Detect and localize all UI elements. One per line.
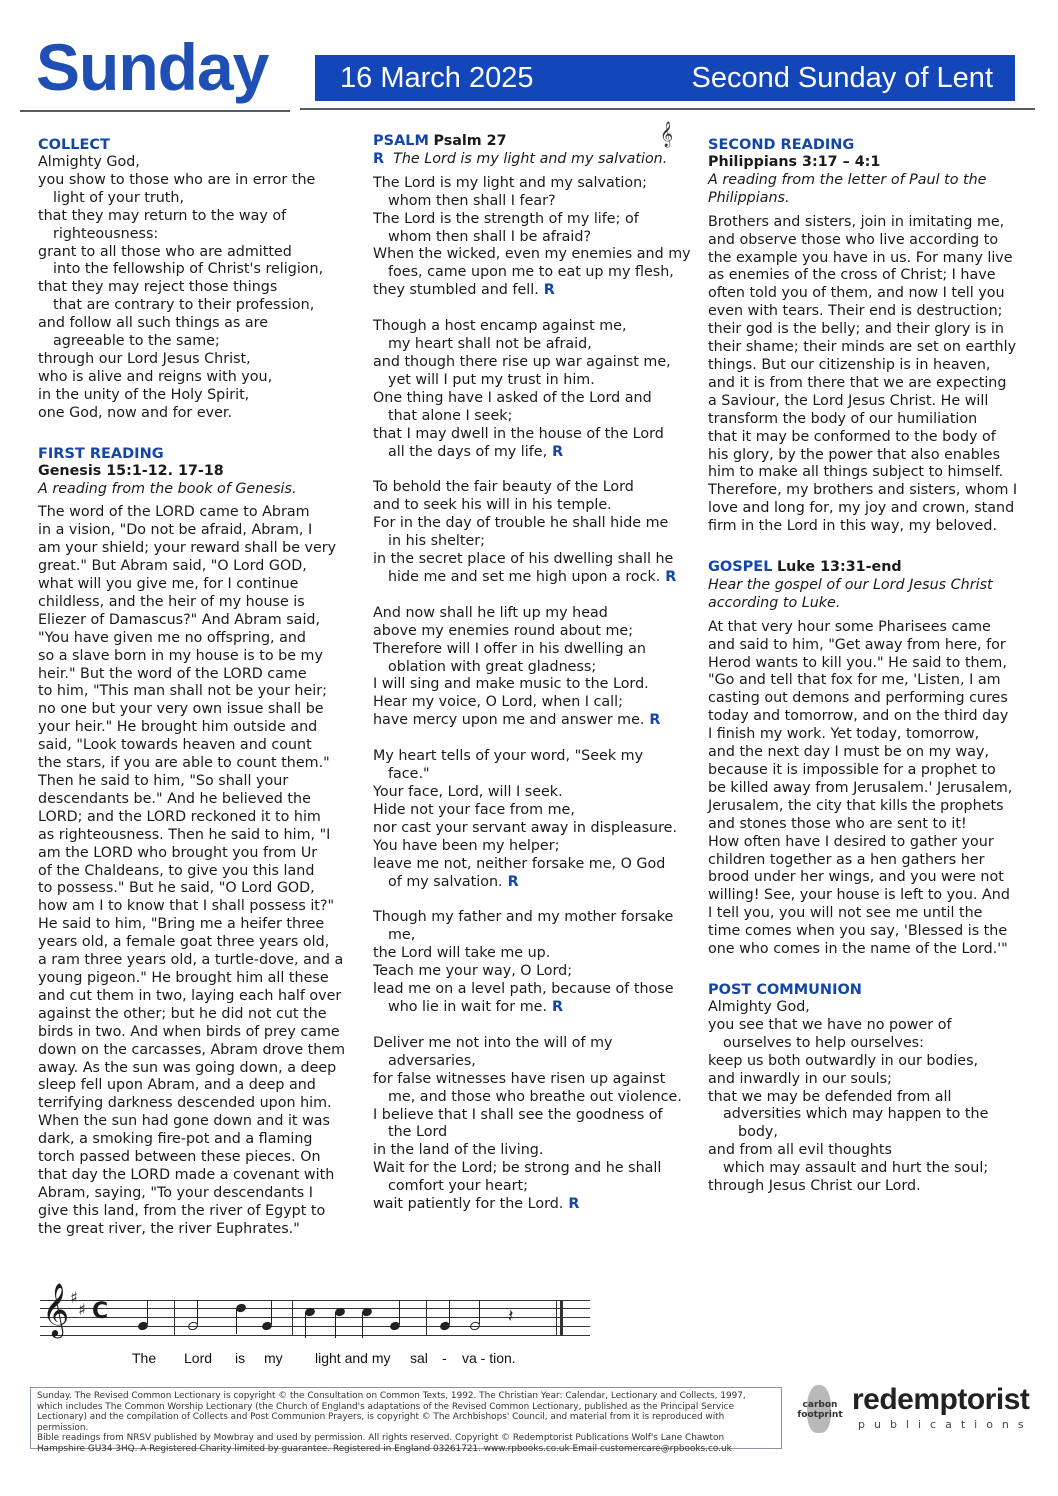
text-line: Though my father and my mother forsake [373,909,691,927]
text-line: Abram, saying, "To your descendants I [38,1185,356,1203]
text-line: He said to him, "Bring me a heifer three [38,916,356,934]
text-line: in his shelter; [373,533,691,551]
common-time-icon: C [92,1301,108,1323]
sharp-icon: ♯ [78,1300,86,1319]
response-marker: R [547,999,563,1015]
text-line: time comes when you say, 'Blessed is the [708,923,1026,941]
second-reading-section: SECOND READING Philippians 3:17 – 4:1 A … [708,136,1026,536]
text-line: am your shield; your reward shall be ver… [38,540,356,558]
text-line: into the fellowship of Christ's religion… [38,261,356,279]
text-line: willing! See, your house is left to you.… [708,887,1026,905]
text-line: and it is from there that we are expecti… [708,375,1026,393]
text-line: Hear my voice, O Lord, when I call; [373,694,691,712]
text-line: and cut them in two, laying each half ov… [38,988,356,1006]
text-line: that I may dwell in the house of the Lor… [373,426,691,444]
text-line: today and tomorrow, and on the third day [708,708,1026,726]
psalm-section: PSALM Psalm 27 R The Lord is my light an… [373,132,691,1214]
text-line: childless, and the heir of my house is [38,594,356,612]
text-line: yet will I put my trust in him. [373,372,691,390]
psalm-stanza: Deliver me not into the will of myadvers… [373,1035,691,1214]
text-line: the example you have in us. For many liv… [708,250,1026,268]
text-line: said, "Look towards heaven and count [38,737,356,755]
text-line: his glory, by the power that also enable… [708,447,1026,465]
text-line: terrifying darkness descended upon him. [38,1095,356,1113]
text-line: the Lord will take me up. [373,945,691,963]
day-title: Sunday [36,34,268,100]
text-line: Teach me your way, O Lord; [373,963,691,981]
text-line: Hide not your face from me, [373,802,691,820]
text-line: in the unity of the Holy Spirit, [38,387,356,405]
text-line: that it may be conformed to the body of [708,429,1026,447]
text-line: heir." But the word of the LORD came [38,666,356,684]
barline [556,1300,557,1335]
text-line: To behold the fair beauty of the Lord [373,479,691,497]
first-reading-intro: A reading from the book of Genesis. [38,481,356,499]
text-line: LORD; and the LORD reckoned it to him [38,809,356,827]
second-reading-intro: A reading from the letter of Paul to the… [708,172,1026,208]
text-line: birds in two. And when birds of prey cam… [38,1024,356,1042]
text-line: a ram three years old, a turtle-dove, an… [38,952,356,970]
text-line: give this land, from the river of Egypt … [38,1203,356,1221]
text-line: the great river, the river Euphrates." [38,1221,356,1239]
psalm-response: The Lord is my light and my salvation. [393,151,667,167]
text-line: my heart shall not be afraid, [373,336,691,354]
text-line: dark, a smoking fire-pot and a flaming [38,1131,356,1149]
text-line: ourselves to help ourselves: [708,1035,1026,1053]
text-line: love and long for, my joy and crown, sta… [708,500,1026,518]
text-line: "You have given me no offspring, and [38,630,356,648]
text-line: Therefore, my brothers and sisters, whom… [708,482,1026,500]
text-line: as righteousness. Then he said to him, "… [38,827,356,845]
post-communion-text: Almighty God,you see that we have no pow… [708,999,1026,1196]
text-line: your heir." He brought him outside and [38,719,356,737]
text-line: For in the day of trouble he shall hide … [373,515,691,533]
rest-icon: 𝄽 [508,1306,514,1327]
text-line: The Lord is the strength of my life; of [373,211,691,229]
text-line: the stars, if you are able to count them… [38,755,356,773]
text-line: and to seek his will in his temple. [373,497,691,515]
text-line: down on the carcasses, Abram drove them [38,1042,356,1060]
text-line: Almighty God, [708,999,1026,1017]
response-marker: R [503,874,519,890]
text-line: and stones those who are sent to it! [708,816,1026,834]
text-line: torch passed between these pieces. On [38,1149,356,1167]
response-marker: R [547,444,563,460]
text-line: Jerusalem, the city that kills the proph… [708,798,1026,816]
text-line: even with tears. Their end is destructio… [708,303,1026,321]
text-line: through Jesus Christ our Lord. [708,1178,1026,1196]
text-line: light of your truth, [38,190,356,208]
second-reading-reference: Philippians 3:17 – 4:1 [708,154,1026,172]
text-line: adversities which may happen to the [708,1106,1026,1124]
text-line: Though a host encamp against me, [373,318,691,336]
text-line: what will you give me, for I continue [38,576,356,594]
text-line: hide me and set me high upon a rock. R [373,569,691,587]
text-line: things. But our citizenship is in heaven… [708,357,1026,375]
text-line: how am I to know that I shall possess it… [38,898,356,916]
text-line: casting out demons and performing cures [708,690,1026,708]
header-rule-right [300,108,1035,110]
psalm-stanza: And now shall he lift up my headabove my… [373,605,691,730]
text-line: that they may return to the way of [38,208,356,226]
text-line: My heart tells of your word, "Seek my [373,748,691,766]
text-line: comfort your heart; [373,1178,691,1196]
text-line: they stumbled and fell. R [373,282,691,300]
text-line: me, and those who breathe out violence. [373,1089,691,1107]
text-line: through our Lord Jesus Christ, [38,351,356,369]
text-line: that we may be defended from all [708,1089,1026,1107]
occasion-label: Second Sunday of Lent [691,62,993,95]
text-line: leave me not, neither forsake me, O God [373,856,691,874]
gospel-text: At that very hour some Pharisees cameand… [708,619,1026,959]
text-line: away. As the sun was going down, a deep [38,1060,356,1078]
text-line: Eliezer of Damascus?" And Abram said, [38,612,356,630]
text-line: agreeable to the same; [38,333,356,351]
psalm-stanza: Though a host encamp against me,my heart… [373,318,691,461]
text-line: him to make all things subject to himsel… [708,464,1026,482]
text-line: their god is the belly; and their glory … [708,321,1026,339]
text-line: Your face, Lord, will I seek. [373,784,691,802]
text-line: for false witnesses have risen up agains… [373,1071,691,1089]
text-line: Brothers and sisters, join in imitating … [708,214,1026,232]
text-line: I will sing and make music to the Lord. [373,676,691,694]
first-reading-section: FIRST READING Genesis 15:1-12. 17-18 A r… [38,445,356,1239]
text-line: often told you of them, and now I tell y… [708,285,1026,303]
text-line: which may assault and hurt the soul; [708,1160,1026,1178]
text-line: in the secret place of his dwelling shal… [373,551,691,569]
staff-line [40,1335,590,1336]
text-line: and from all evil thoughts [708,1142,1026,1160]
text-line: Wait for the Lord; be strong and he shal… [373,1160,691,1178]
text-line: transform the body of our humiliation [708,411,1026,429]
text-line: so a slave born in my house is to be my [38,648,356,666]
text-line: At that very hour some Pharisees came [708,619,1026,637]
text-line: have mercy upon me and answer me. R [373,712,691,730]
text-line: you see that we have no power of [708,1017,1026,1035]
column-right: SECOND READING Philippians 3:17 – 4:1 A … [708,136,1026,1213]
text-line: of my salvation. R [373,874,691,892]
copyright-notice: Sunday. The Revised Common Lectionary is… [30,1387,782,1449]
barline [426,1300,427,1335]
text-line: young pigeon." He brought him all these [38,970,356,988]
first-reading-text: The word of the LORD came to Abramin a v… [38,504,356,1238]
text-line: One thing have I asked of the Lord and [373,390,691,408]
response-marker: R [539,282,555,298]
text-line: sleep fell upon Abram, and a deep and [38,1077,356,1095]
text-line: to him, "This man shall not be your heir… [38,683,356,701]
text-line: When the wicked, even my enemies and my [373,246,691,264]
psalm-text: The Lord is my light and my salvation;wh… [373,175,691,1214]
collect-title: COLLECT [38,136,356,154]
text-line: great." But Abram said, "O Lord GOD, [38,558,356,576]
text-line: one God, now and for ever. [38,405,356,423]
response-marker: R [563,1196,579,1212]
response-marker: R [373,151,384,167]
text-line: their shame; their minds are set on eart… [708,339,1026,357]
text-line: nor cast your servant away in displeasur… [373,820,691,838]
text-line: that are contrary to their profession, [38,297,356,315]
text-line: I tell you, you will not see me until th… [708,905,1026,923]
header-rule-left [20,110,290,112]
text-line: You have been my helper; [373,838,691,856]
text-line: no one but your very own issue shall be [38,701,356,719]
text-line: keep us both outwardly in our bodies, [708,1053,1026,1071]
text-line: you show to those who are in error the [38,172,356,190]
psalm-stanza: To behold the fair beauty of the Lordand… [373,479,691,586]
header-banner: 16 March 2025 Second Sunday of Lent [315,55,1015,101]
barline [292,1300,293,1335]
text-line: am the LORD who brought you from Ur [38,845,356,863]
text-line: that day the LORD made a covenant with [38,1167,356,1185]
second-reading-text: Brothers and sisters, join in imitating … [708,214,1026,536]
gospel-section: GOSPEL Luke 13:31-end Hear the gospel of… [708,558,1026,959]
text-line: face." [373,766,691,784]
text-line: in the land of the living. [373,1142,691,1160]
text-line: be killed away from Jerusalem.' Jerusale… [708,780,1026,798]
text-line: foes, came upon me to eat up my flesh, [373,264,691,282]
text-line: who is alive and reigns with you, [38,369,356,387]
psalm-stanza: My heart tells of your word, "Seek myfac… [373,748,691,891]
text-line: I believe that I shall see the goodness … [373,1107,691,1125]
column-left: COLLECT Almighty God,you show to those w… [38,136,356,1256]
text-line: oblation with great gladness; [373,659,691,677]
text-line: as enemies of the cross of Christ; I hav… [708,267,1026,285]
first-reading-reference: Genesis 15:1-12. 17-18 [38,463,356,481]
text-line: The Lord is my light and my salvation; [373,175,691,193]
post-communion-title: POST COMMUNION [708,981,1026,999]
post-communion-section: POST COMMUNION Almighty God,you see that… [708,981,1026,1196]
publisher-subtitle: publications [858,1418,1033,1431]
final-barline [560,1300,563,1335]
text-line: who lie in wait for me. R [373,999,691,1017]
text-line: to possess." But he said, "O Lord GOD, [38,880,356,898]
second-reading-title: SECOND READING [708,136,1026,154]
text-line: lead me on a level path, because of thos… [373,981,691,999]
text-line: and though there rise up war against me, [373,354,691,372]
column-middle: PSALM Psalm 27 R The Lord is my light an… [373,132,691,1214]
text-line: wait patiently for the Lord. R [373,1196,691,1214]
text-line: and follow all such things as are [38,315,356,333]
text-line: one who comes in the name of the Lord.'" [708,941,1026,959]
psalm-stanza: Though my father and my mother forsakeme… [373,909,691,1016]
psalm-stanza: The Lord is my light and my salvation;wh… [373,175,691,300]
text-line: And now shall he lift up my head [373,605,691,623]
text-line: "Go and tell that fox for me, 'Listen, I… [708,672,1026,690]
first-reading-title: FIRST READING [38,445,356,463]
music-notation: 𝄞 ♯ ♯ C 𝄽 The Lord is my light and my sa… [40,1290,600,1372]
treble-clef-icon: 𝄞 [42,1286,69,1332]
date-label: 16 March 2025 [340,62,533,95]
text-line: whom then shall I fear? [373,193,691,211]
carbon-footprint-logo: carbon footprint [795,1385,845,1435]
psalm-reference: Psalm 27 [434,133,507,149]
text-line: me, [373,927,691,945]
text-line: Therefore will I offer in his dwelling a… [373,641,691,659]
text-line: the Lord [373,1124,691,1142]
text-line: righteousness: [38,226,356,244]
text-line: brood under her wings, and you were not [708,869,1026,887]
text-line: a Saviour, the Lord Jesus Christ. He wil… [708,393,1026,411]
text-line: in a vision, "Do not be afraid, Abram, I [38,522,356,540]
collect-text: Almighty God,you show to those who are i… [38,154,356,423]
text-line: How often have I desired to gather your [708,834,1026,852]
response-marker: R [644,712,660,728]
gospel-reference: Luke 13:31-end [777,559,902,575]
response-marker: R [660,569,676,585]
collect-section: COLLECT Almighty God,you show to those w… [38,136,356,423]
text-line: When the sun had gone down and it was [38,1113,356,1131]
text-line: children together as a hen gathers her [708,852,1026,870]
text-line: whom then shall I be afraid? [373,229,691,247]
text-line: and said to him, "Get away from here, fo… [708,637,1026,655]
text-line: adversaries, [373,1053,691,1071]
text-line: Then he said to him, "So shall your [38,773,356,791]
text-line: and inwardly in our souls; [708,1071,1026,1089]
gospel-intro: Hear the gospel of our Lord Jesus Christ… [708,577,1026,613]
text-line: Herod wants to kill you." He said to the… [708,655,1026,673]
staff-line [40,1300,590,1301]
text-line: years old, a female goat three years old… [38,934,356,952]
text-line: grant to all those who are admitted [38,244,356,262]
text-line: and observe those who live according to [708,232,1026,250]
psalm-title: PSALM [373,133,429,149]
gospel-title: GOSPEL [708,559,772,575]
text-line: and the next day I must be on my way, [708,744,1026,762]
text-line: descendants be." And he believed the [38,791,356,809]
text-line: because it is impossible for a prophet t… [708,762,1026,780]
text-line: Almighty God, [38,154,356,172]
barline [174,1300,175,1335]
text-line: against the other; but he did not cut th… [38,1006,356,1024]
text-line: I finish my work. Yet today, tomorrow, [708,726,1026,744]
text-line: of the Chaldeans, to give you this land [38,863,356,881]
text-line: body, [708,1124,1026,1142]
text-line: above my enemies round about me; [373,623,691,641]
text-line: The word of the LORD came to Abram [38,504,356,522]
text-line: that alone I seek; [373,408,691,426]
text-line: all the days of my life, R [373,444,691,462]
publisher-logo: redemptorist [852,1385,1029,1415]
text-line: firm in the Lord in this way, my beloved… [708,518,1026,536]
sharp-icon: ♯ [70,1288,78,1307]
text-line: Deliver me not into the will of my [373,1035,691,1053]
text-line: that they may reject those things [38,279,356,297]
